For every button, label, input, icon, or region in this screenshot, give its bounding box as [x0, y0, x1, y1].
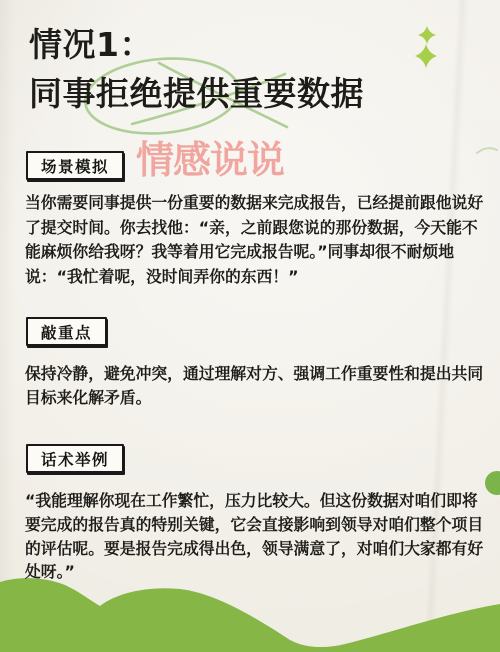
page-title-line2: 同事拒绝提供重要数据: [29, 74, 364, 114]
watermark: 情感说说: [136, 138, 284, 182]
keypoint-body-text: 保持冷静，避免冲突，通过理解对方、强调工作重要性和提出共同 目标来化解矛盾。: [25, 362, 497, 410]
section-label-scenario: 场景模拟: [26, 151, 124, 180]
section-label-script: 话术举例: [26, 444, 124, 473]
scenario-body-text: 当你需要同事提供一份重要的数据来完成报告，已经提前跟他说好 了提交时间。你去找他…: [25, 191, 497, 289]
section-label-text: 敲重点: [41, 321, 92, 343]
section-label-keypoint: 敲重点: [26, 317, 107, 346]
page-title-line1: 情况1：: [29, 25, 153, 65]
section-label-text: 场景模拟: [41, 155, 109, 177]
section-label-text: 话术举例: [41, 448, 109, 470]
script-body-text: “我能理解你现在工作繁忙，压力比较大。但这份数据对咱们即将 要完成的报告真的特别…: [25, 489, 497, 584]
